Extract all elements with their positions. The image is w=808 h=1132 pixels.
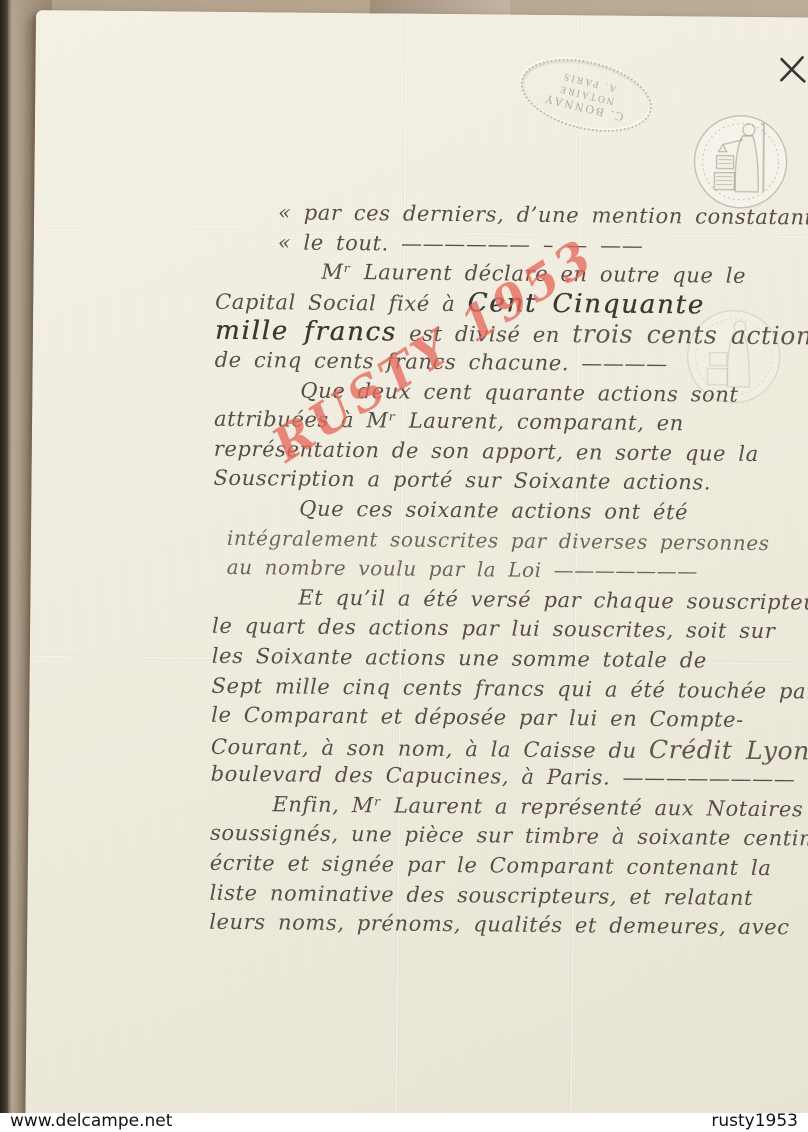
embossed-revenue-seal-top (690, 111, 791, 212)
paper-sheet: C. BONNAY NOTAIRE A. PARIS (25, 10, 808, 1126)
notary-embossed-oval-stamp: C. BONNAY NOTAIRE A. PARIS (513, 47, 659, 145)
footer-bar: www.delcampe.net rusty1953 (0, 1113, 808, 1132)
manuscript-line: leurs noms, prénoms, qualités et demeure… (209, 908, 808, 944)
footer-site-watermark: www.delcampe.net (10, 1111, 172, 1131)
footer-seller-watermark: rusty1953 (711, 1111, 798, 1131)
pen-cross-mark (777, 51, 807, 85)
